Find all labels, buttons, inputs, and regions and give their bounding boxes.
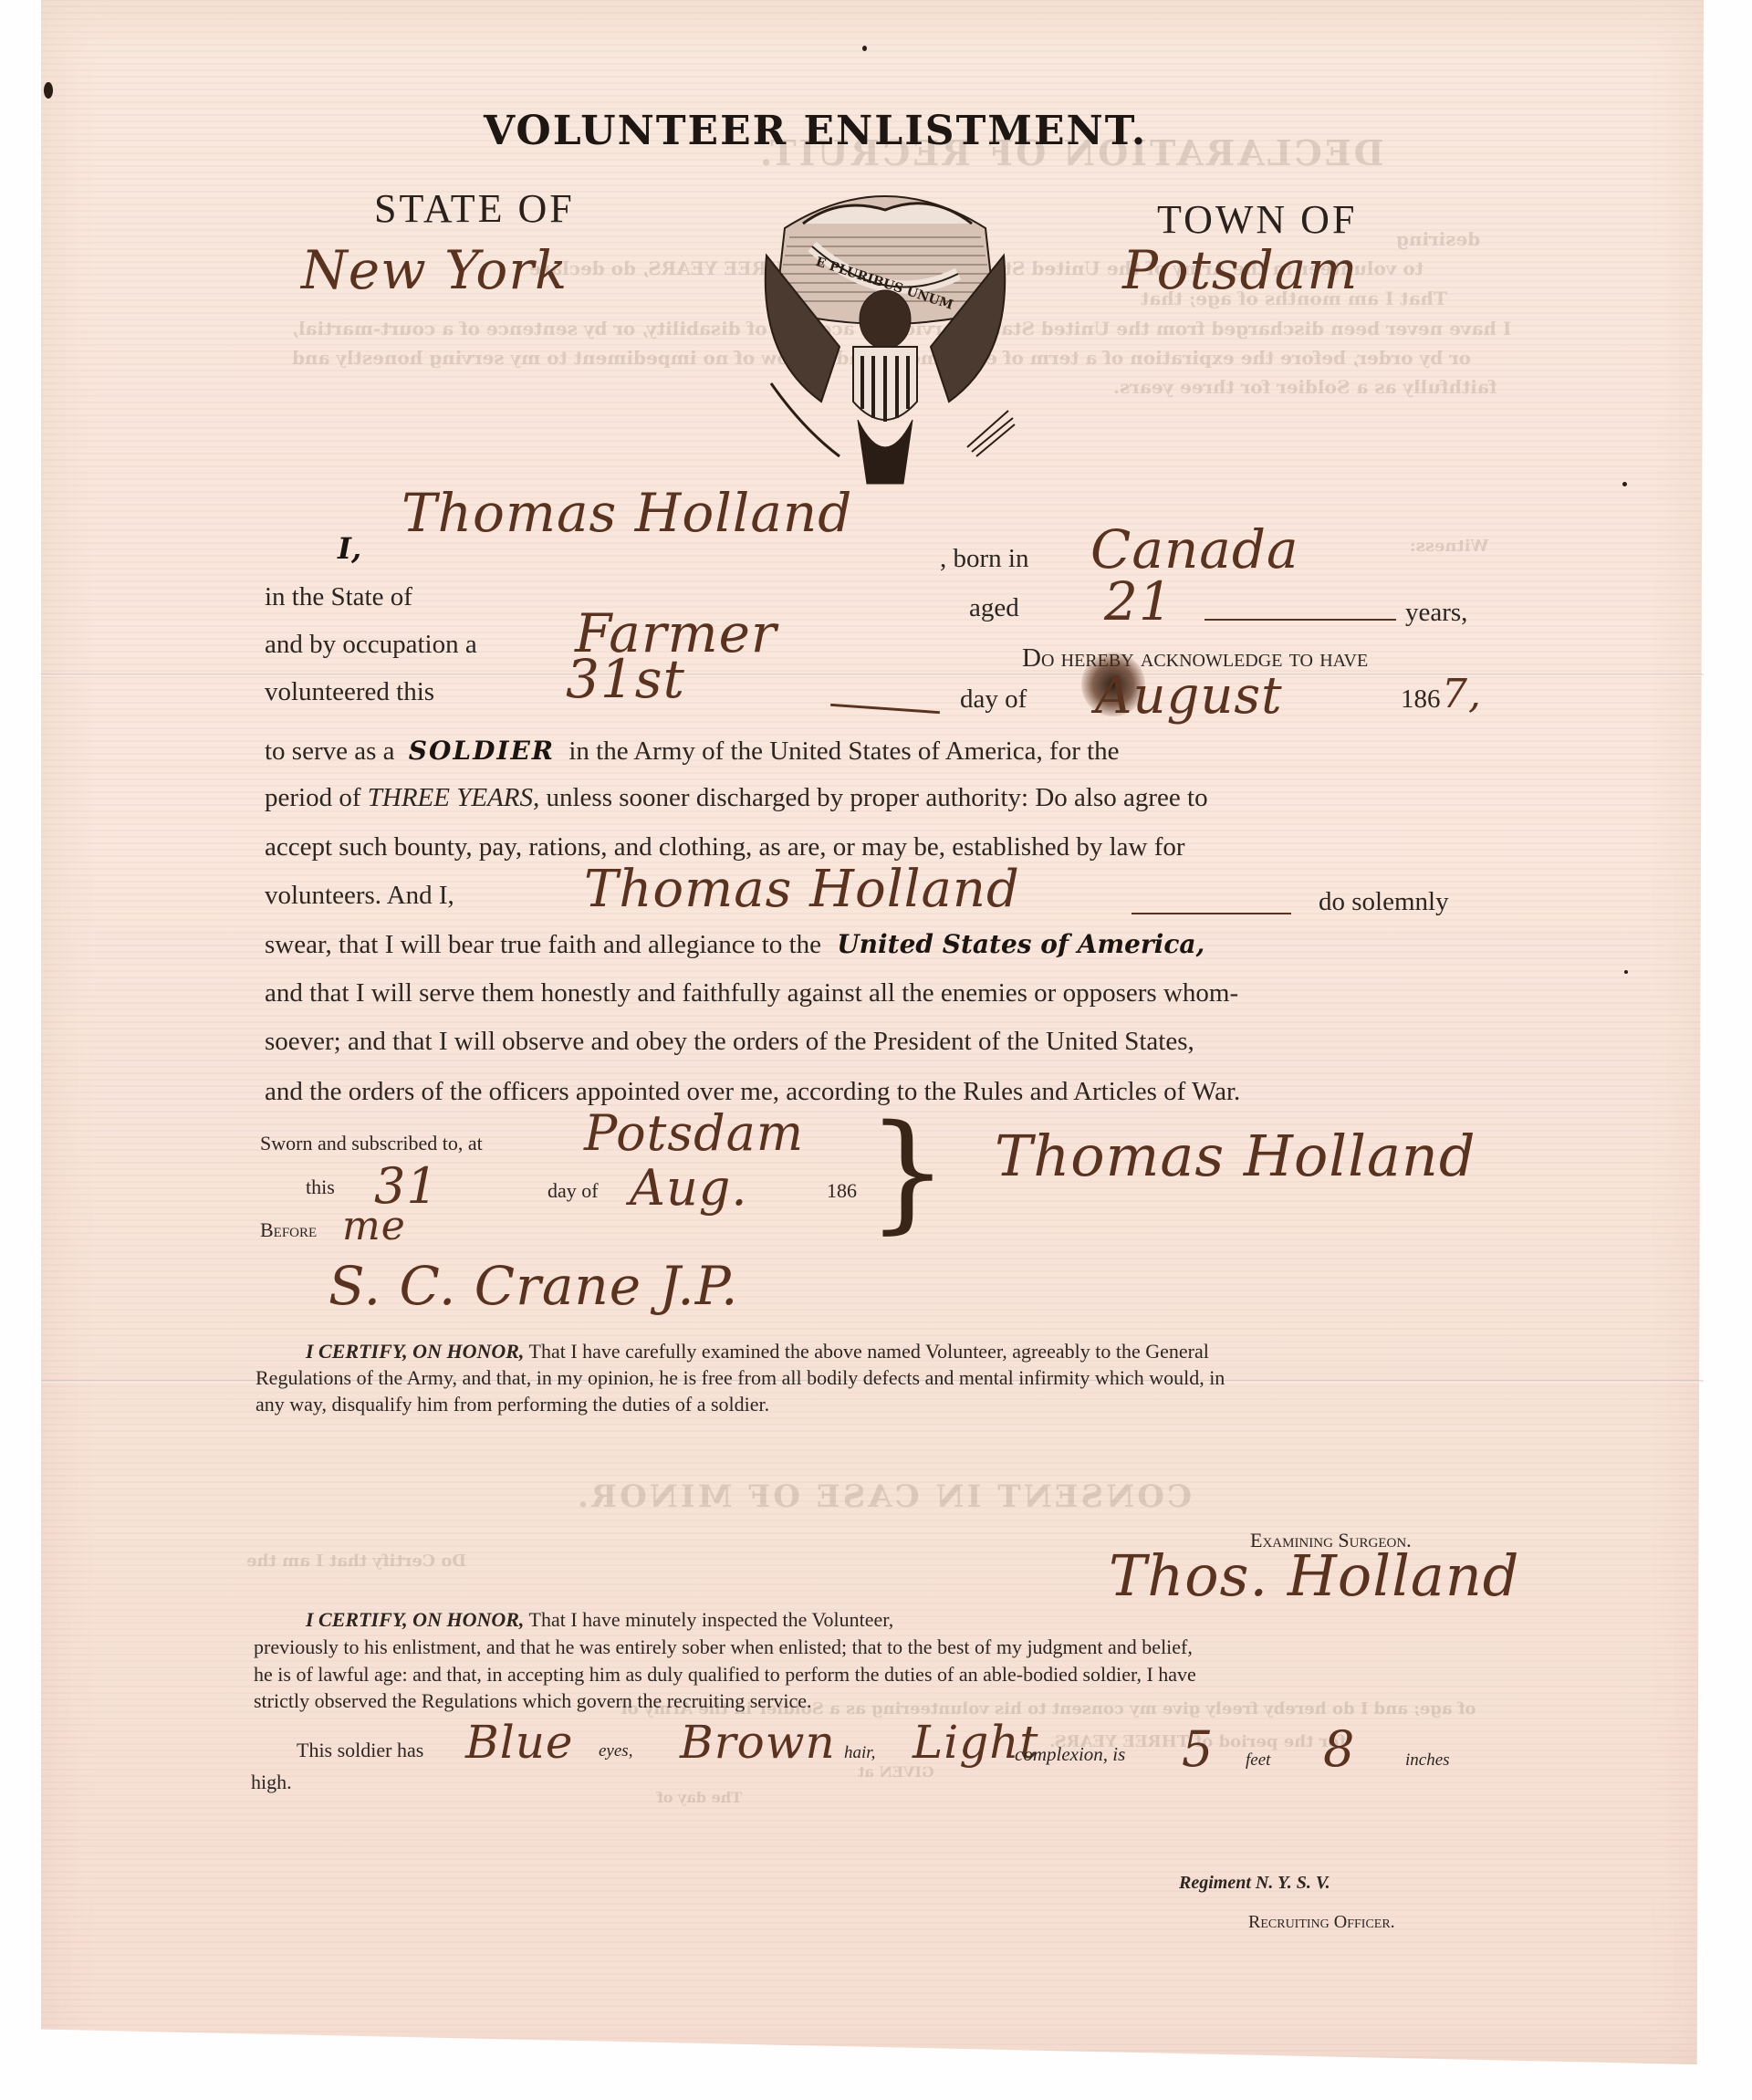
hair-label: hair, [844,1743,875,1763]
volunteer-signature: Thomas Holland [995,1123,1476,1189]
eyes-value: Blue [465,1716,574,1769]
before-value: me [342,1203,406,1249]
serve-text-cont: in the Army of the United States of Amer… [568,737,1119,766]
surgeon-cert-line3: any way, disqualify him from performing … [255,1393,769,1416]
born-in-label: , born in [940,544,1028,574]
certify-lead-2: I CERTIFY, ON HONOR, [306,1608,524,1631]
swear-text: swear, that I will bear true faith and a… [265,930,821,959]
aged-label: aged [969,593,1019,623]
period-text-cont: unless sooner discharged by proper autho… [547,783,1208,812]
inches-value: 8 [1323,1720,1355,1778]
recruiter-cert-line2: previously to his enlistment, and that h… [254,1635,1193,1659]
brace-icon: } [867,1109,948,1237]
surgeon-cert-line2: Regulations of the Army, and that, in my… [255,1366,1225,1390]
state-value: New York [301,239,568,301]
regiment-label: Regiment N. Y. S. V. [1179,1873,1330,1894]
feet-label: feet [1246,1750,1270,1771]
paper-stain [44,82,53,99]
sworn-year-prefix: 186 [827,1179,857,1203]
enlistment-month: August [1095,666,1283,726]
bleed-line: The day of [657,1789,742,1806]
day-of-label-2: day of [547,1179,599,1203]
before-label: Before [260,1218,317,1242]
oath-name: Thomas Holland [584,860,1020,919]
sworn-place: Potsdam [584,1104,804,1162]
year-suffix: 7, [1442,671,1482,717]
state-of-label: in the State of [265,582,412,612]
oath-line: and that I will serve them honestly and … [265,978,1238,1008]
soldier-text: SOLDIER [409,736,555,766]
document-title: VOLUNTEER ENLISTMENT. [484,108,1147,154]
sworn-month: Aug. [630,1159,748,1217]
town-value: Potsdam [1122,239,1358,301]
surgeon-cert-line1: I CERTIFY, ON HONOR, That I have careful… [306,1340,1209,1363]
oath-line: swear, that I will bear true faith and a… [265,929,1204,960]
aged-value: 21 [1104,570,1173,632]
bleed-line: faithfully as a Soldier for three years. [1113,376,1496,398]
this-label: this [306,1175,335,1199]
sworn-label: Sworn and subscribed to, at [260,1132,483,1155]
volunteered-day: 31st [566,648,685,710]
recruiter-cert-line1: I CERTIFY, ON HONOR, That I have minutel… [306,1608,893,1632]
justice-signature: S. C. Crane J.P. [328,1255,738,1317]
paper-speck [1622,482,1627,486]
town-label: TOWN OF [1157,196,1357,243]
bleed-line: desiring [1396,228,1480,250]
aged-underline [1204,619,1396,621]
year-prefix: 186 [1401,684,1441,715]
usa-text: United States of America, [837,929,1204,959]
certify-lead: I CERTIFY, ON HONOR, [306,1340,524,1363]
bleed-witness: Witness: [1410,537,1489,556]
volunteered-label: volunteered this [265,677,434,707]
years-label: years, [1405,598,1467,628]
volunteer-name: Thomas Holland [401,482,852,544]
i-label: I, [338,531,361,566]
oath-line: period of THREE YEARS, unless sooner dis… [265,783,1208,813]
recruiter-signature: Thos. Holland [1109,1542,1519,1609]
oath-line: to serve as a SOLDIER in the Army of the… [265,736,1120,767]
oath-name-underline [1131,913,1291,914]
serve-text: to serve as a [265,737,395,766]
certify-text-2: That I have minutely inspected the Volun… [529,1608,894,1631]
occupation-label: and by occupation a [265,630,477,660]
three-years-text: THREE YEARS, [368,783,540,812]
hair-value: Brown [680,1716,836,1769]
recruiter-cert-line4: strictly observed the Regulations which … [254,1689,812,1713]
recruiter-cert-line3: he is of lawful age: and that, in accept… [254,1663,1196,1687]
high-label: high. [251,1771,292,1794]
eyes-label: eyes, [599,1741,632,1761]
eagle-emblem-icon: E PLURIBUS UNUM [748,173,1022,511]
paper-speck [1624,970,1628,974]
paper-speck [862,46,867,51]
bleed-heading-consent: CONSENT IN CASE OF MINOR. [575,1478,1192,1515]
volunteers-label: volunteers. And I, [265,881,454,911]
bleed-line: Do Certify that I am the [246,1551,466,1571]
period-text: period of [265,783,361,812]
inches-label: inches [1405,1750,1450,1771]
feet-value: 5 [1182,1720,1214,1778]
day-of-label: day of [960,684,1027,715]
desc-label: This soldier has [297,1739,423,1762]
solemnly-label: do solemnly [1319,887,1449,917]
recruiting-officer-label: Recruiting Officer. [1248,1912,1395,1933]
oath-line: and the orders of the officers appointed… [265,1077,1240,1107]
oath-line: accept such bounty, pay, rations, and cl… [265,832,1185,862]
complexion-label: complexion, is [1015,1743,1125,1766]
certify-text: That I have carefully examined the above… [529,1340,1209,1363]
state-label: STATE OF [374,185,575,232]
oath-line: soever; and that I will observe and obey… [265,1027,1194,1057]
